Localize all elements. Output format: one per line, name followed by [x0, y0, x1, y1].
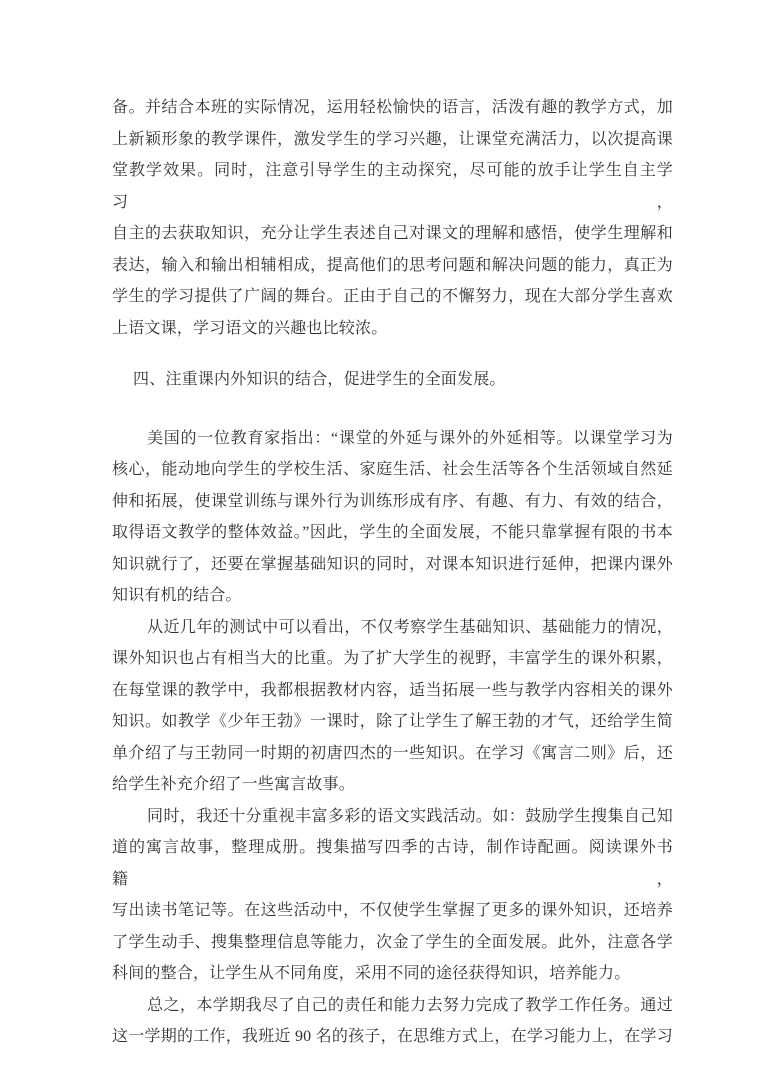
text-line: 在每堂课的教学中，我都根据教材内容，适当拓展一些与教学内容相关的课外: [112, 675, 673, 707]
text-line: 道的寓言故事，整理成册。搜集描写四季的古诗，制作诗配画。阅读课外书籍，: [112, 832, 673, 895]
paragraph: 总之，本学期我尽了自己的责任和能力去努力完成了教学工作任务。通过 这一学期的工作…: [112, 990, 673, 1053]
text-line: 堂教学效果。同时，注意引导学生的主动探究，尽可能的放手让学生自主学习，: [112, 155, 673, 218]
paragraph: 美国的一位教育家指出：“课堂的外延与课外的外延相等。以课堂学习为 核心，能动地向…: [112, 423, 673, 612]
text-line: 核心，能动地向学生的学校生活、家庭生活、社会生活等各个生活领域自然延: [112, 454, 673, 486]
text-line: 课外知识也占有相当大的比重。为了扩大学生的视野，丰富学生的课外积累，: [112, 643, 673, 675]
text-line: 科间的整合，让学生从不同角度，采用不同的途径获得知识，培养能力。: [112, 958, 673, 990]
document-text-block: 备。并结合本班的实际情况，运用轻松愉快的语言，活泼有趣的教学方式，加 上新颖形象…: [112, 92, 673, 1053]
document-page: 备。并结合本班的实际情况，运用轻松愉快的语言，活泼有趣的教学方式，加 上新颖形象…: [0, 0, 763, 1080]
text-line: 从近几年的测试中可以看出，不仅考察学生基础知识、基础能力的情况，: [112, 612, 673, 644]
text-line: 这一学期的工作，我班近 90 名的孩子，在思维方式上，在学习能力上，在学习: [112, 1021, 673, 1053]
text-line: 同时，我还十分重视丰富多彩的语文实践活动。如：鼓励学生搜集自己知: [112, 801, 673, 833]
section-heading: 四、注重课内外知识的结合，促进学生的全面发展。: [112, 364, 673, 396]
text-line: 伸和拓展，使课堂训练与课外行为训练形成有序、有趣、有力、有效的结合，: [112, 486, 673, 518]
paragraph: 备。并结合本班的实际情况，运用轻松愉快的语言，活泼有趣的教学方式，加 上新颖形象…: [112, 92, 673, 344]
text-line: 知识。如教学《少年王勃》一课时，除了让学生了解王勃的才气，还给学生简: [112, 706, 673, 738]
text-line: 知识就行了，还要在掌握基础知识的同时，对课本知识进行延伸，把课内课外: [112, 549, 673, 581]
paragraph: 从近几年的测试中可以看出，不仅考察学生基础知识、基础能力的情况， 课外知识也占有…: [112, 612, 673, 801]
text-line: 给学生补充介绍了一些寓言故事。: [112, 769, 673, 801]
text-line: 表达，输入和输出相辅相成，提高他们的思考问题和解决问题的能力，真正为: [112, 250, 673, 282]
text-line: 上语文课，学习语文的兴趣也比较浓。: [112, 313, 673, 345]
text-line: 单介绍了与王勃同一时期的初唐四杰的一些知识。在学习《寓言二则》后，还: [112, 738, 673, 770]
text-line: 备。并结合本班的实际情况，运用轻松愉快的语言，活泼有趣的教学方式，加: [112, 92, 673, 124]
text-line: 学生的学习提供了广阔的舞台。正由于自己的不懈努力，现在大部分学生喜欢: [112, 281, 673, 313]
text-line: 写出读书笔记等。在这些活动中，不仅使学生掌握了更多的课外知识，还培养: [112, 895, 673, 927]
text-line: 上新颖形象的教学课件，激发学生的学习兴趣，让课堂充满活力，以次提高课: [112, 124, 673, 156]
text-line: 知识有机的结合。: [112, 580, 673, 612]
text-line: 取得语文教学的整体效益。”因此，学生的全面发展，不能只靠掌握有限的书本: [112, 517, 673, 549]
paragraph: 同时，我还十分重视丰富多彩的语文实践活动。如：鼓励学生搜集自己知 道的寓言故事，…: [112, 801, 673, 990]
text-line: 了学生动手、搜集整理信息等能力，次金了学生的全面发展。此外，注意各学: [112, 927, 673, 959]
text-line: 自主的去获取知识，充分让学生表述自己对课文的理解和感悟，使学生理解和: [112, 218, 673, 250]
text-line: 美国的一位教育家指出：“课堂的外延与课外的外延相等。以课堂学习为: [112, 423, 673, 455]
text-line: 总之，本学期我尽了自己的责任和能力去努力完成了教学工作任务。通过: [112, 990, 673, 1022]
